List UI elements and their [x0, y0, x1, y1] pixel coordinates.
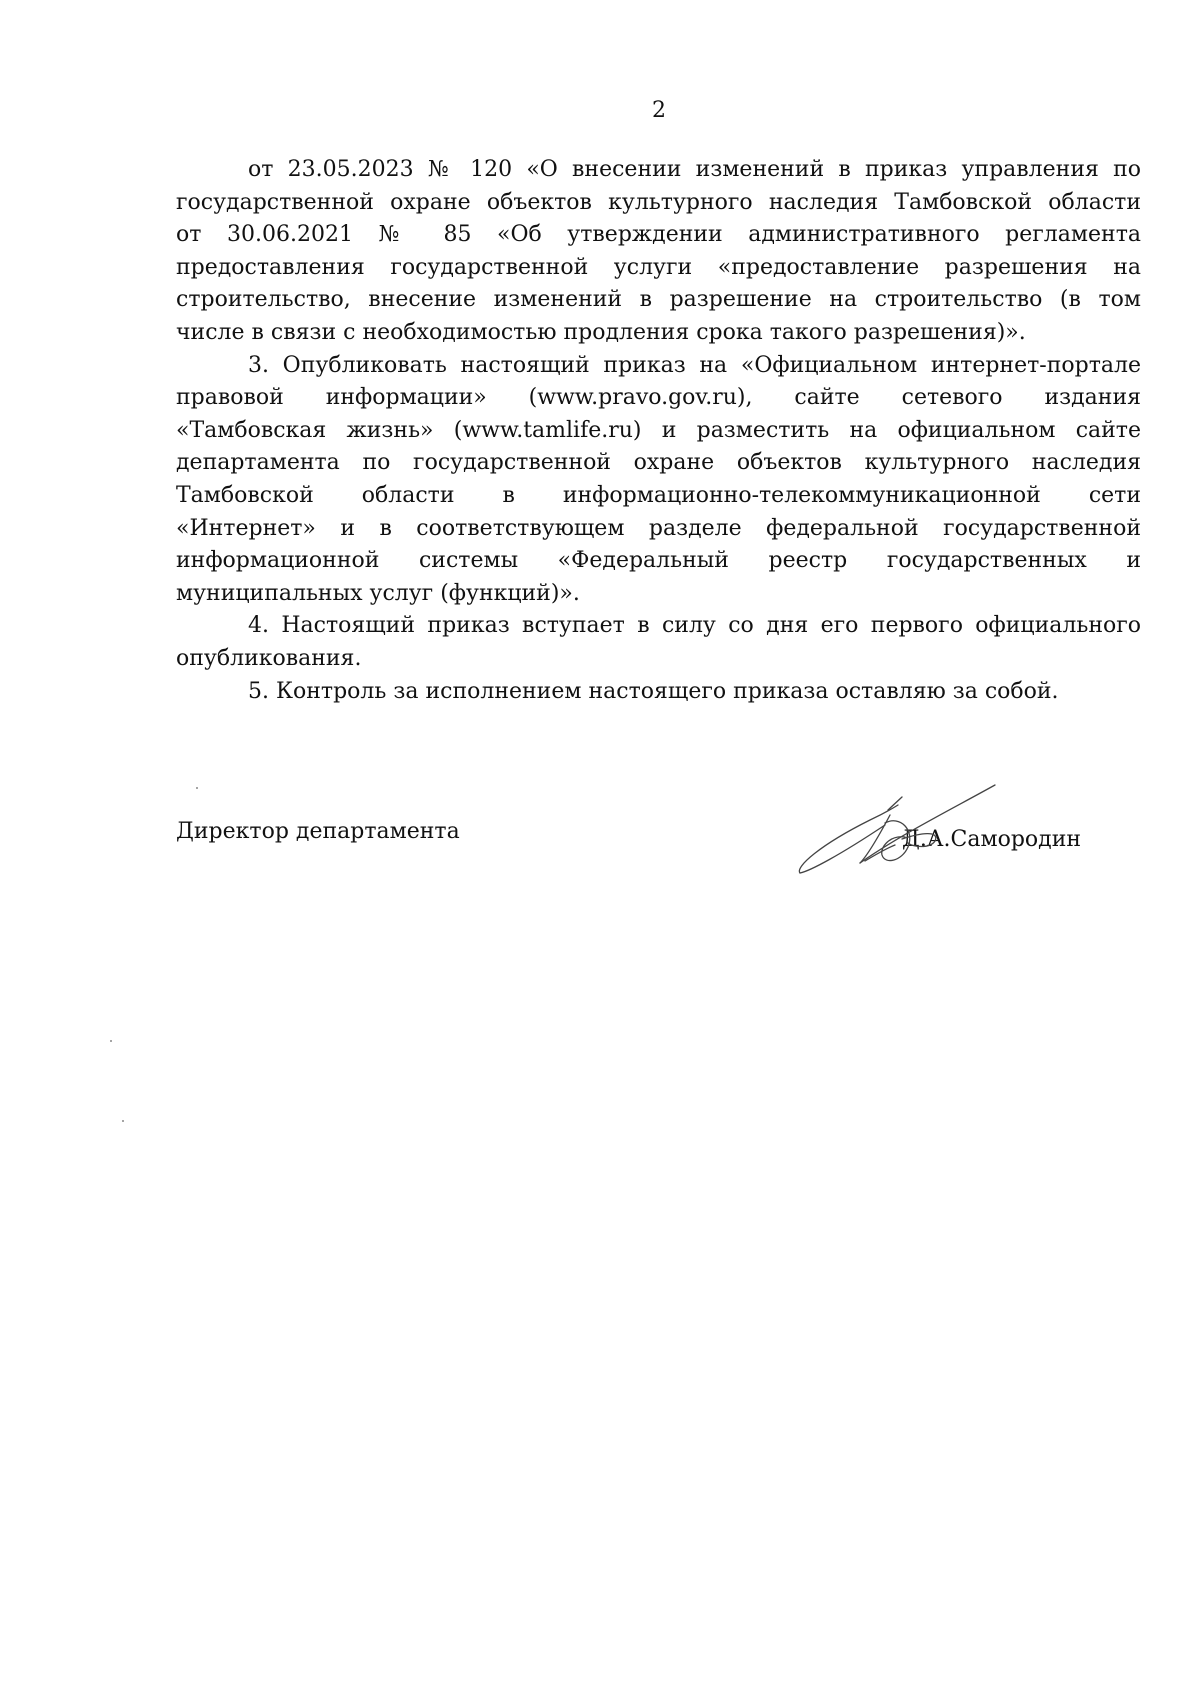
document-body: от 23.05.2023 № 120 «О внесении изменени… — [176, 154, 1141, 708]
text-line: муниципальных услуг (функций)». — [176, 578, 1141, 611]
page-number: 2 — [0, 96, 1200, 126]
text-line: 5. Контроль за исполнением настоящего пр… — [176, 676, 1141, 709]
paragraph-continuation: от 23.05.2023 № 120 «О внесении изменени… — [176, 154, 1141, 350]
text-line: правовой информации» (www.pravo.gov.ru),… — [176, 382, 1141, 415]
scan-speck — [122, 1120, 124, 1122]
text-line: «Тамбовская жизнь» (www.tamlife.ru) и ра… — [176, 415, 1141, 448]
text-line: Тамбовской области в информационно-телек… — [176, 480, 1141, 513]
text-line: государственной охране объектов культурн… — [176, 187, 1141, 220]
text-line: числе в связи с необходимостью продления… — [176, 317, 1141, 350]
text-line: информационной системы «Федеральный реес… — [176, 545, 1141, 578]
text-line: 4. Настоящий приказ вступает в силу со д… — [176, 610, 1141, 643]
paragraph-item-3: 3. Опубликовать настоящий приказ на «Офи… — [176, 350, 1141, 611]
text-line: от 30.06.2021 № 85 «Об утверждении админ… — [176, 219, 1141, 252]
paragraph-item-5: 5. Контроль за исполнением настоящего пр… — [176, 676, 1141, 709]
signatory-title: Директор департамента — [176, 816, 460, 848]
text-line: опубликования. — [176, 643, 1141, 676]
scan-speck — [196, 787, 198, 789]
scan-speck — [110, 1040, 112, 1042]
text-line: от 23.05.2023 № 120 «О внесении изменени… — [176, 154, 1141, 187]
text-line: «Интернет» и в соответствующем разделе ф… — [176, 513, 1141, 546]
signature-icon — [790, 775, 1000, 875]
text-line: 3. Опубликовать настоящий приказ на «Офи… — [176, 350, 1141, 383]
text-line: предоставления государственной услуги «п… — [176, 252, 1141, 285]
text-line: департамента по государственной охране о… — [176, 447, 1141, 480]
paragraph-item-4: 4. Настоящий приказ вступает в силу со д… — [176, 610, 1141, 675]
text-line: строительство, внесение изменений в разр… — [176, 284, 1141, 317]
